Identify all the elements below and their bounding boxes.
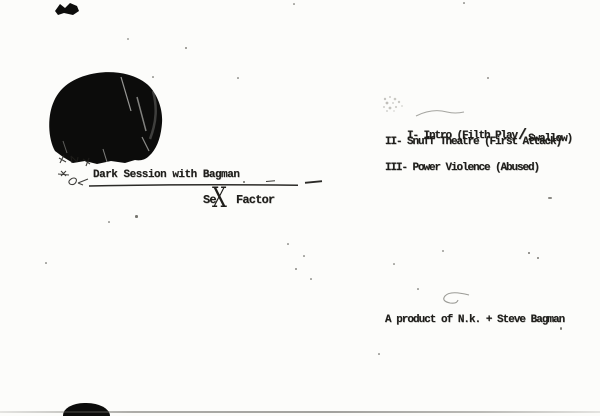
bottom-blob-icon xyxy=(63,403,110,416)
smudge-mark xyxy=(381,95,407,113)
subtitle-factor: Factor xyxy=(236,193,274,207)
title-underline xyxy=(85,179,330,189)
scribble-mark xyxy=(436,290,472,308)
scanned-page: Dark Session with Bagman Se X Factor I- … xyxy=(0,0,600,416)
track-row-2: II- Snuff Theatre (First Attack) xyxy=(385,136,561,148)
track-row-1: I- Intro (Filth Play/Swallow) xyxy=(385,114,572,155)
subtitle-big-x: X xyxy=(212,184,227,212)
corner-mark-icon xyxy=(54,2,81,16)
dash-mark xyxy=(305,181,322,183)
ink-blob-shape xyxy=(49,72,162,164)
credit-line: A product of N.k. + Steve Bagman xyxy=(385,314,564,326)
scan-edge-line xyxy=(0,411,600,413)
track-row-3: III- Power Violence (Abused) xyxy=(385,162,539,174)
pencil-arc-mark xyxy=(414,106,466,118)
